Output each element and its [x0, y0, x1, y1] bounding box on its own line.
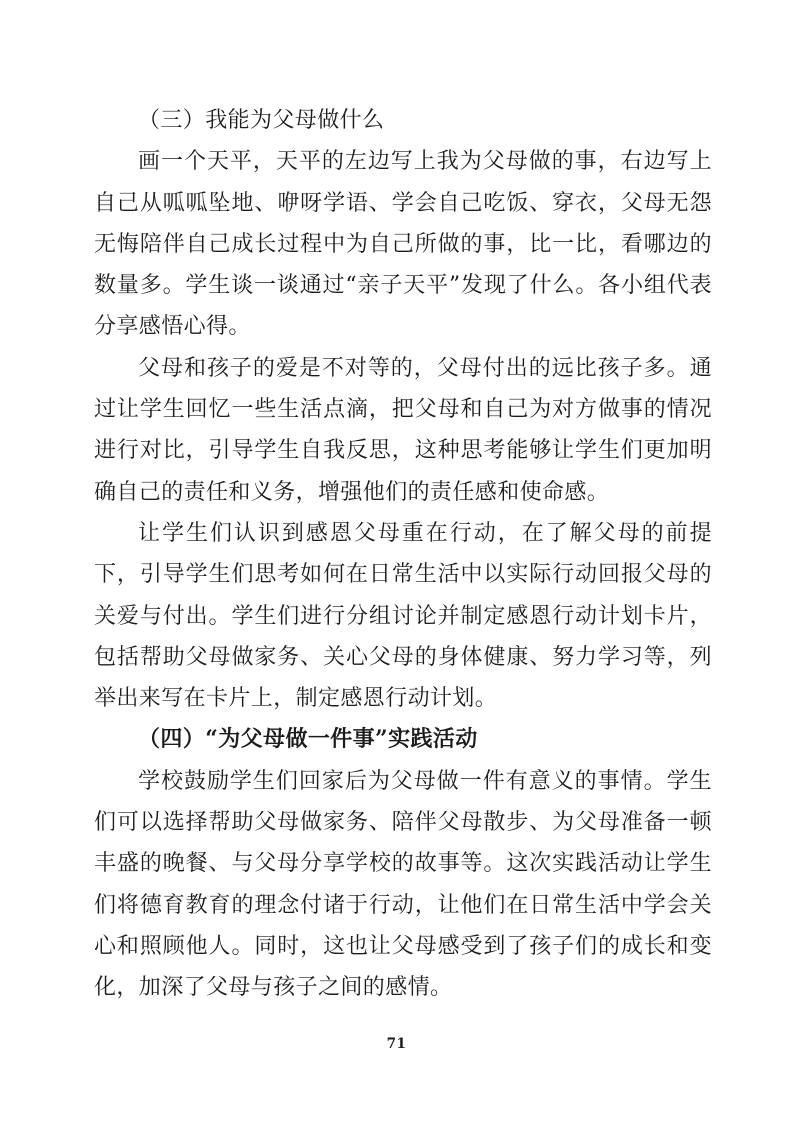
page-number: 71: [0, 1036, 793, 1052]
section-3-heading: （三）我能为父母做什么: [94, 100, 712, 141]
section-4-heading: （四）“为父母做一件事”实践活动: [94, 719, 712, 760]
section-3-paragraph-2: 父母和孩子的爱是不对等的，父母付出的远比孩子多。通过让学生回忆一些生活点滴，把父…: [94, 348, 712, 513]
section-3-paragraph-3: 让学生们认识到感恩父母重在行动，在了解父母的前提下，引导学生们思考如何在日常生活…: [94, 513, 712, 719]
document-page: （三）我能为父母做什么 画一个天平，天平的左边写上我为父母做的事，右边写上自己从…: [0, 0, 793, 1122]
section-4-paragraph-1: 学校鼓励学生们回家后为父母做一件有意义的事情。学生们可以选择帮助父母做家务、陪伴…: [94, 761, 712, 1009]
section-3-paragraph-1: 画一个天平，天平的左边写上我为父母做的事，右边写上自己从呱呱坠地、咿呀学语、学会…: [94, 141, 712, 347]
document-content: （三）我能为父母做什么 画一个天平，天平的左边写上我为父母做的事，右边写上自己从…: [94, 100, 712, 1009]
